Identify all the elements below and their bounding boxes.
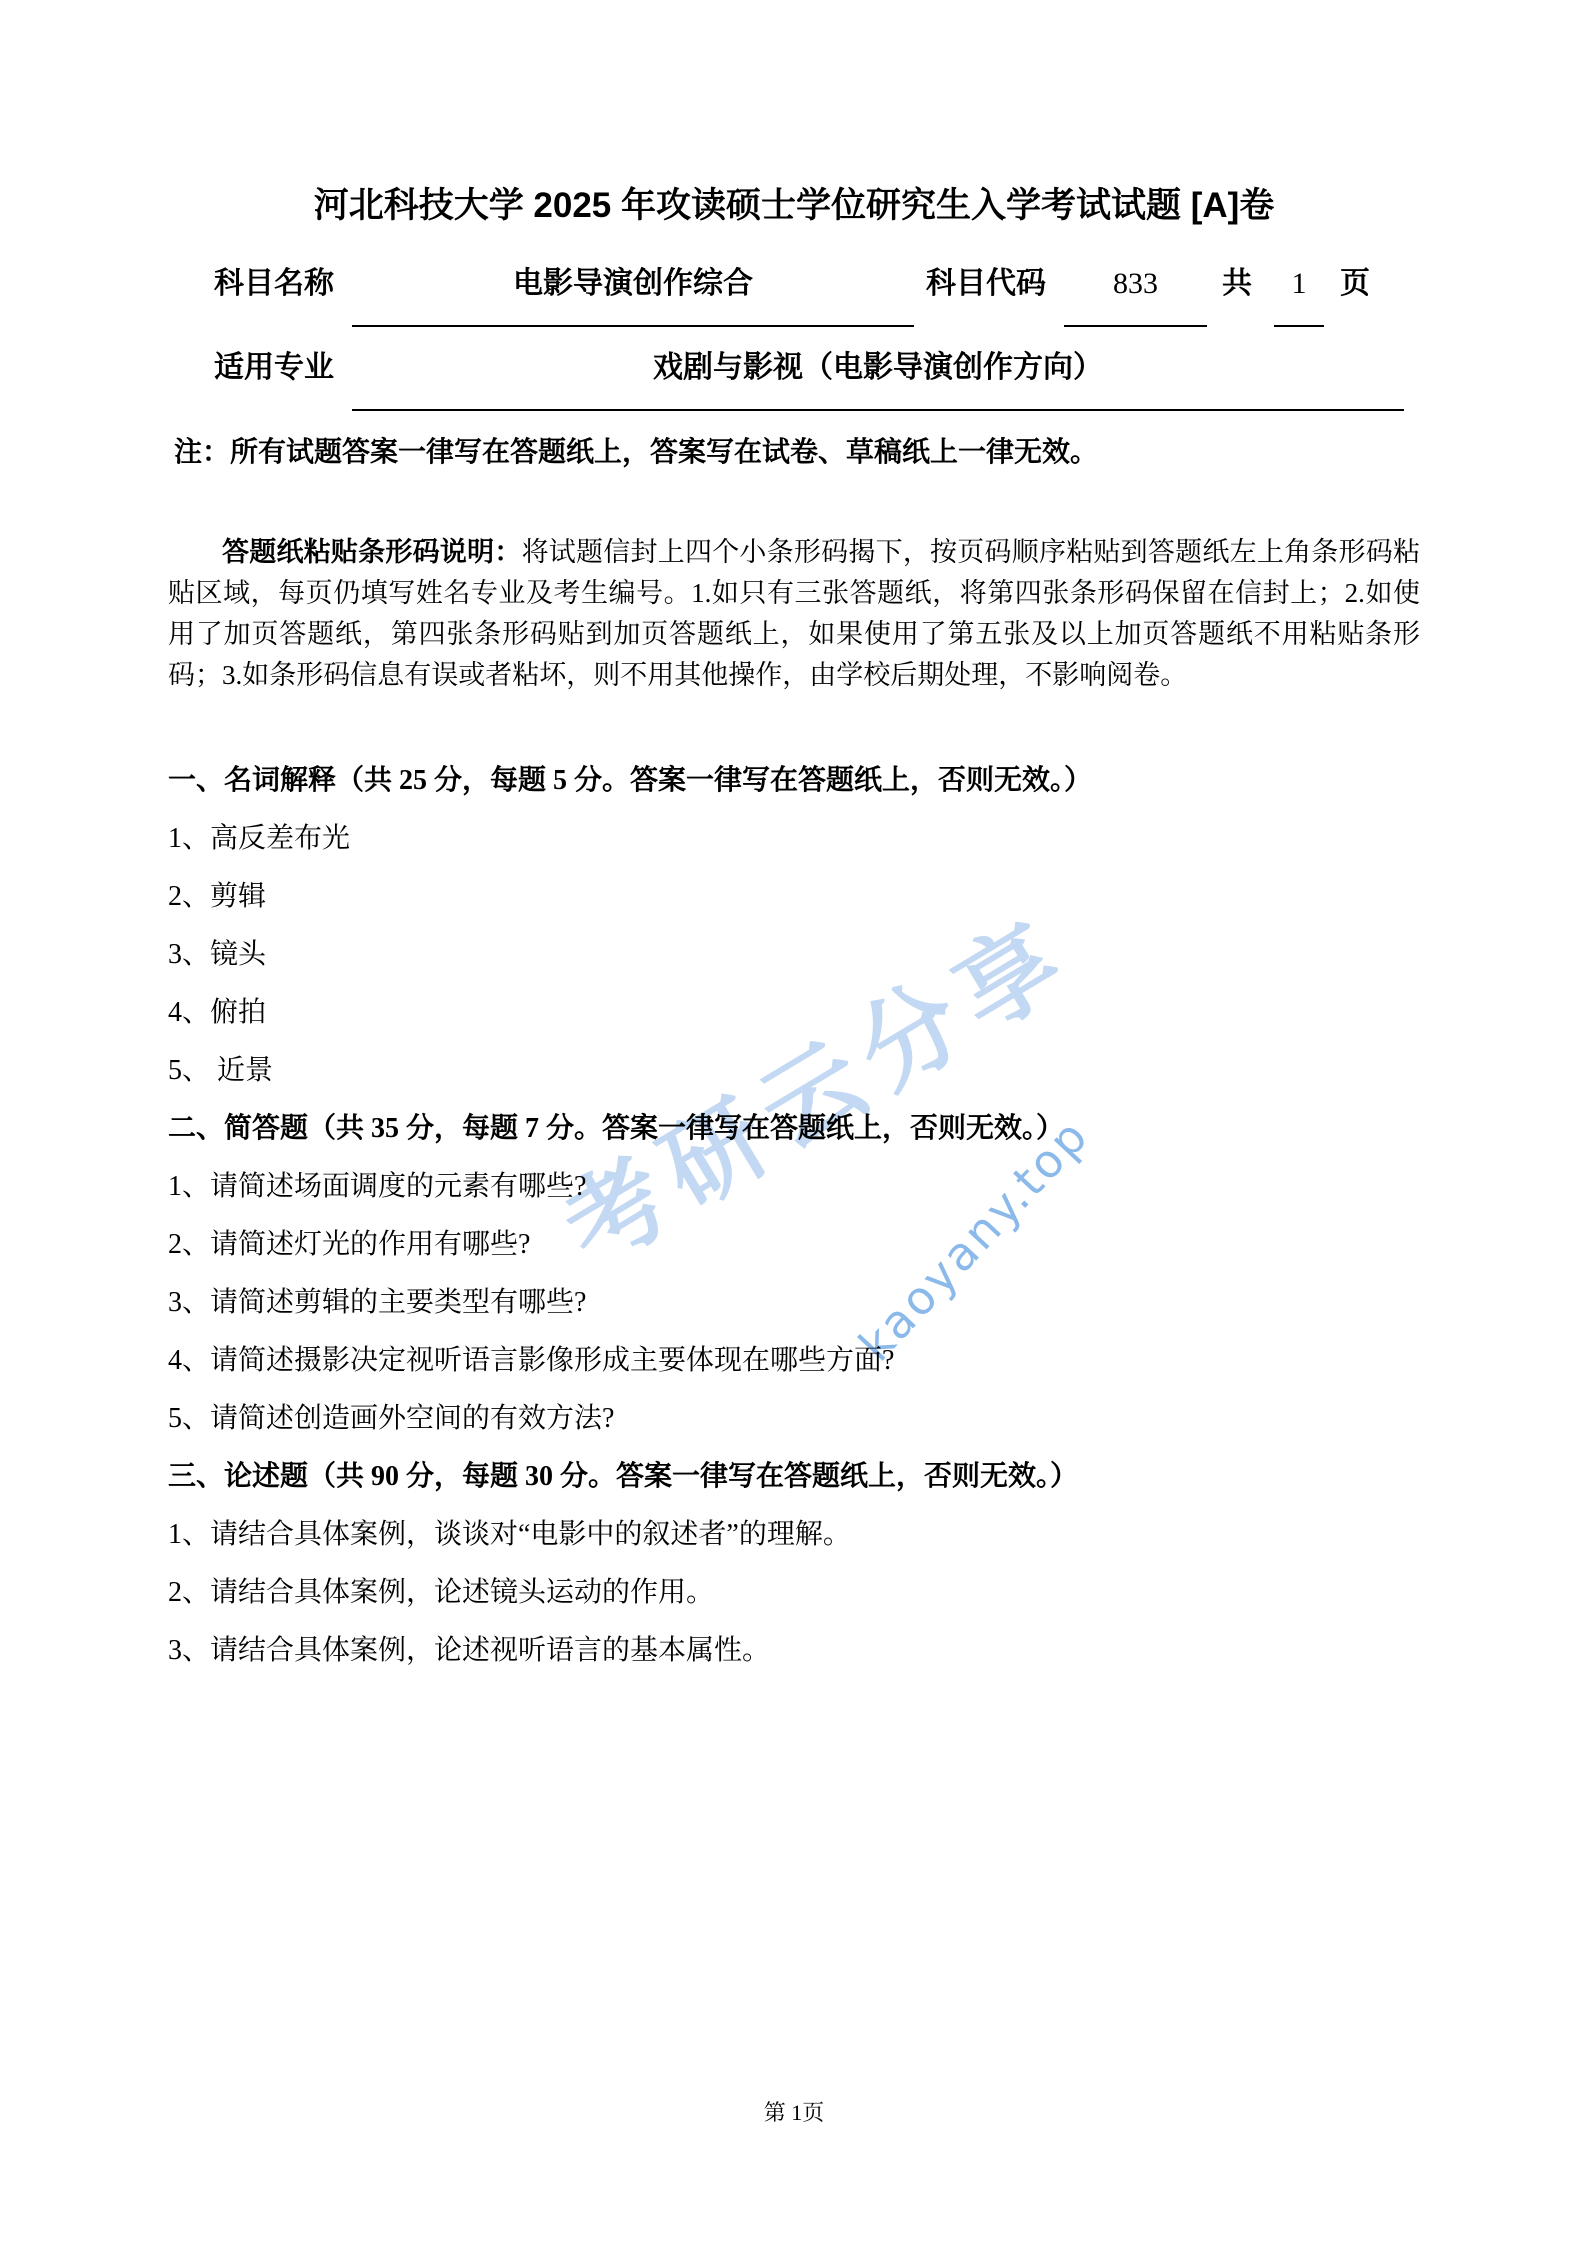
section-2-heading: 二、简答题（共 35 分，每题 7 分。答案一律写在答题纸上，否则无效。） <box>168 1114 1420 1144</box>
major-header-row: 适用专业 戏剧与影视（电影导演创作方向） <box>214 353 1420 411</box>
total-pages-field: 1 <box>1274 269 1324 327</box>
barcode-instructions: 答题纸粘贴条形码说明：将试题信封上四个小条形码揭下，按页码顺序粘贴到答题纸左上角… <box>168 532 1420 696</box>
section-1-item-1: 1、高反差布光 <box>168 824 1420 854</box>
section-1-item-4: 4、俯拍 <box>168 998 1420 1028</box>
section-3-item-1: 1、请结合具体案例，谈谈对“电影中的叙述者”的理解。 <box>168 1520 1420 1550</box>
answer-notice: 注：所有试题答案一律写在答题纸上，答案写在试卷、草稿纸上一律无效。 <box>174 438 1420 468</box>
section-1-item-2: 2、剪辑 <box>168 882 1420 912</box>
section-3-item-2: 2、请结合具体案例，论述镜头运动的作用。 <box>168 1578 1420 1608</box>
section-2-item-4: 4、请简述摄影决定视听语言影像形成主要体现在哪些方面? <box>168 1346 1420 1376</box>
major-field: 戏剧与影视（电影导演创作方向） <box>352 353 1404 411</box>
page-number-footer: 第 1页 <box>0 2100 1588 2126</box>
section-2-item-2: 2、请简述灯光的作用有哪些? <box>168 1230 1420 1260</box>
subject-name-label: 科目名称 <box>214 269 334 299</box>
major-label: 适用专业 <box>214 353 334 383</box>
section-1-heading: 一、名词解释（共 25 分，每题 5 分。答案一律写在答题纸上，否则无效。） <box>168 766 1420 796</box>
barcode-instructions-lead: 答题纸粘贴条形码说明： <box>222 537 522 567</box>
subject-code-label: 科目代码 <box>926 269 1046 299</box>
page-title: 河北科技大学 2025 年攻读硕士学位研究生入学考试试题 [A]卷 <box>168 0 1420 225</box>
section-3-heading: 三、论述题（共 90 分，每题 30 分。答案一律写在答题纸上，否则无效。） <box>168 1462 1420 1492</box>
subject-name-field: 电影导演创作综合 <box>352 269 914 327</box>
section-2-item-1: 1、请简述场面调度的元素有哪些? <box>168 1172 1420 1202</box>
section-2-item-3: 3、请简述剪辑的主要类型有哪些? <box>168 1288 1420 1318</box>
exam-paper-page: 考研云分享 kaoyany.top 河北科技大学 2025 年攻读硕士学位研究生… <box>0 0 1588 2245</box>
total-pages-label: 共 <box>1222 269 1252 299</box>
document-content: 河北科技大学 2025 年攻读硕士学位研究生入学考试试题 [A]卷 科目名称 电… <box>0 0 1588 1666</box>
subject-code-field: 833 <box>1064 269 1207 327</box>
subject-header-row: 科目名称 电影导演创作综合 科目代码 833 共 1 页 <box>214 269 1420 327</box>
section-2-item-5: 5、请简述创造画外空间的有效方法? <box>168 1404 1420 1434</box>
section-1-item-5: 5、 近景 <box>168 1056 1420 1086</box>
section-3-item-3: 3、请结合具体案例，论述视听语言的基本属性。 <box>168 1636 1420 1666</box>
pages-unit-label: 页 <box>1340 269 1370 299</box>
section-1-item-3: 3、镜头 <box>168 940 1420 970</box>
